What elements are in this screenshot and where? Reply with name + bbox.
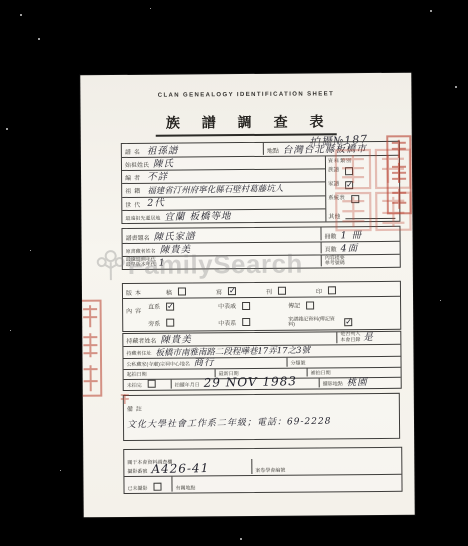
handwritten-value: 不詳 [147, 172, 168, 182]
volume-cell: 冊數 1 冊 [320, 227, 397, 241]
field-label: 公私藏家(寺廟)宗祠中心地名 [127, 362, 190, 368]
record-category-subbox: 資料類別 族譜 家譜 ✓ 系統表 其他 [325, 156, 400, 222]
handwritten-value: 福建省汀州府寧化縣石壁村葛藤坑人 [147, 185, 283, 196]
form-row-filming: 未拍完 拍攝年月日 29 NOV 1983 攝影地點 桃園 [124, 377, 401, 390]
field-label: 已未攝影 [128, 487, 148, 492]
handwritten-value: 1 冊 [340, 230, 362, 240]
place-cell: 地點 台灣台北縣板橋市 [263, 142, 397, 155]
photographed-genealogy-form-page: { "header": { "title_en": "CLAN GENEALOG… [0, 0, 468, 546]
format-content-box: 版本 稿 寫 ✓ 刊 印 內容 直系 [122, 281, 401, 332]
handwritten-value: 是 [363, 333, 374, 343]
field-label: 原書藏者姓名 [126, 249, 156, 254]
field-label: 內容 [126, 309, 144, 332]
dust-speck [455, 86, 457, 88]
content-option: 家譜雜記資料(傳記資料) ✓ [288, 316, 380, 327]
field-label: 最早版本年代 [126, 262, 156, 267]
field-label: 持藏者姓名 [126, 338, 156, 345]
field-label: 譜名 [125, 150, 143, 156]
content-row: 直系 ✓ 中表戚 傳記 [148, 297, 400, 315]
handwritten-value: 祖孫譜 [147, 146, 179, 156]
scanned-genealogy-sheet: CLAN GENEALOGY IDENTIFICATION SHEET 族 譜 … [80, 73, 414, 518]
sheet-title-english: CLAN GENEALOGY IDENTIFICATION SHEET [80, 91, 411, 100]
incomplete-cell: 未拍完 [127, 380, 171, 389]
option-label: 印 [316, 289, 322, 295]
content-option: 中表戚 [218, 301, 288, 311]
field-label: 備註 [127, 407, 145, 413]
checkbox [345, 167, 353, 175]
content-row: 旁系 中表系 家譜雜記資料(傳記資料) ✓ [148, 313, 400, 331]
category-option: 族譜 [328, 164, 397, 179]
form-title-text: 族 譜 調 查 表 [156, 111, 337, 136]
form-row-migration: 最遠祖先遷居地 宜蘭 板橋等地 [122, 208, 325, 223]
field-label: 最遠祖先遷居地 [125, 216, 160, 222]
option-label: 直系 [148, 305, 160, 311]
handwritten-value: 4面 [341, 244, 359, 254]
field-label: 攝影地點 [323, 382, 343, 387]
holder-info-box: 持藏者姓名 陳貴美 是否列入 本會目錄 是 持藏者住址 板橋市南雅南路二段程嘩巷… [122, 331, 401, 391]
handwritten-value: 陳貴美 [160, 335, 192, 345]
checkbox: ✓ [228, 287, 236, 295]
field-label: 未拍完 [127, 384, 142, 389]
handwritten-value: 陳貴美 [160, 245, 192, 255]
content-option: 傳記 [288, 301, 358, 311]
content-option: 中表系 [218, 318, 288, 328]
format-option: 刊 [266, 287, 288, 296]
genealogy-identity-box: 譜名 祖孫譜 地點 台灣台北縣板橋市 始祖姓氏 陳氏 編者 不詳 祖籍 福建省汀… [121, 141, 401, 224]
checkbox: ✓ [344, 318, 352, 326]
checkbox: ✓ [166, 302, 174, 310]
checkbox [153, 483, 161, 491]
checkbox [148, 380, 156, 388]
stacked-labels: 內容提要 參考號碼 [325, 256, 345, 267]
checkbox [242, 318, 250, 326]
checkbox [351, 195, 359, 203]
option-label: 刊 [266, 290, 272, 296]
checkbox [166, 319, 174, 327]
dust-speck [6, 128, 8, 130]
identity-fields: 始祖姓氏 陳氏 編者 不詳 祖籍 福建省汀州府寧化縣石壁村葛藤坑人 世代 2代 … [122, 156, 326, 223]
format-option: 寫 ✓ [216, 287, 238, 296]
handwritten-value: 桃園 [347, 377, 368, 387]
field-label: 冊數 [325, 234, 337, 240]
category-other: 其他 [328, 206, 397, 221]
checkbox [328, 286, 336, 294]
handwritten-value: 板橋市南雅南路二段程嘩巷17弄17之3號 [155, 346, 310, 357]
reference-cell: 內容提要 參考號碼 [321, 255, 398, 267]
form-row-era: 最遠追溯年代 最早版本年代 1 內容提要 參考號碼 [123, 254, 400, 269]
option-label: 稿 [166, 290, 172, 296]
format-option: 印 [316, 286, 338, 295]
format-option: 稿 [166, 287, 188, 296]
option-label: 傳記 [288, 304, 300, 310]
office-use-box: 關于本會資料調查欄 攝影番號 A426-41 案卷學會編號 已未攝影 有關地點 [123, 447, 402, 494]
form-row-title: 譜名 祖孫譜 地點 台灣台北縣板橋市 [122, 142, 399, 157]
content-rows: 內容 直系 ✓ 中表戚 傳記 [123, 296, 400, 332]
handwritten-value: 商行 [194, 358, 215, 368]
form-row-status: 已未攝影 有關地點 [124, 474, 401, 493]
checkbox [242, 302, 250, 310]
handwritten-value: A426-41 [151, 462, 209, 475]
stacked-labels: 是否列入 本會目錄 [340, 332, 360, 343]
form-row-owner: 原書藏者姓名 陳貴美 頁數 4面 [123, 241, 400, 256]
option-label: 家譜 [328, 182, 339, 188]
dust-speck [10, 330, 11, 331]
handwritten-value: 陳氏 [153, 159, 174, 169]
dust-speck [38, 38, 40, 40]
date-cell: 補拍日期 [307, 368, 399, 377]
content-option: 旁系 [148, 318, 218, 328]
date-cell: 起拍日期 [127, 369, 215, 378]
field-label: 起拍日期 [127, 373, 147, 378]
handwritten-value: 1 [159, 258, 166, 268]
book-details-box: 譜書題名 陳氏家譜 冊數 1 冊 原書藏者姓名 陳貴美 頁數 4面 最遠追溯年代… [121, 226, 400, 270]
field-label: 有關地點 [176, 486, 196, 491]
dust-speck [30, 250, 31, 251]
dust-speck [440, 300, 441, 301]
handwritten-value: 台灣台北縣板橋市 [283, 144, 367, 155]
handwritten-value: 29 NOV 1983 [204, 375, 297, 389]
dust-speck [430, 10, 432, 12]
content-option: 直系 ✓ [148, 302, 218, 312]
checkbox [178, 287, 186, 295]
class-cell: 分類號 [286, 357, 398, 367]
option-label: 中表戚 [218, 305, 236, 311]
dust-speck [60, 470, 61, 471]
field-label: 補拍日期 [311, 371, 331, 376]
field-label: 攝影番號 [127, 470, 147, 475]
field-label: 案卷學會編號 [255, 468, 285, 473]
handwritten-value: 2代 [147, 199, 165, 209]
field-label: 本會目錄 [340, 338, 360, 343]
remarks-box: 備註 文化大學社會工作系二年級；電話：69-2228 [123, 393, 400, 441]
checkbox: ✓ [345, 181, 353, 189]
field-label: 祖籍 [125, 189, 143, 195]
field-label: 持藏者住址 [126, 352, 151, 357]
field-label: 譜書題名 [126, 235, 150, 241]
dust-speck [150, 8, 151, 9]
field-label: 拍攝年月日 [175, 383, 200, 388]
field-label: 世代 [125, 202, 143, 208]
area-cell: 有關地點 [171, 475, 399, 492]
stacked-labels: 最遠追溯年代 最早版本年代 [126, 257, 156, 268]
handwritten-value: 宜蘭 板橋等地 [164, 211, 231, 222]
option-label: 旁系 [148, 322, 160, 328]
handwritten-value: 陳氏家譜 [153, 232, 195, 242]
field-label: 始祖姓氏 [125, 163, 149, 169]
red-seal-stamp-left-edge [80, 299, 103, 397]
option-label: 中表系 [218, 321, 236, 327]
pages-cell: 頁數 4面 [321, 242, 398, 254]
option-label: 族譜 [328, 168, 339, 174]
field-label: 參考號碼 [325, 261, 345, 266]
field-label: 地點 [267, 148, 279, 154]
handwritten-value: 文化大學社會工作系二年級；電話：69-2228 [127, 416, 396, 430]
film-place-cell: 攝影地點 桃園 [319, 378, 399, 388]
option-label: 寫 [216, 290, 222, 296]
listed-cell: 是否列入 本會目錄 是 [336, 332, 398, 343]
content-grid: 直系 ✓ 中表戚 傳記 旁系 [148, 297, 400, 332]
film-date-cell: 拍攝年月日 29 NOV 1983 [171, 378, 319, 388]
roll-number-cell: 案卷學會編號 [251, 458, 399, 474]
identity-body: 始祖姓氏 陳氏 編者 不詳 祖籍 福建省汀州府寧化縣石壁村葛藤坑人 世代 2代 … [122, 155, 400, 223]
field-label: 分類號 [291, 361, 306, 366]
dust-speck [20, 14, 22, 16]
dust-speck [240, 538, 242, 540]
checkbox [278, 287, 286, 295]
form-row-book-title: 譜書題名 陳氏家譜 冊數 1 冊 [122, 227, 399, 243]
field-label: 頁數 [325, 247, 337, 253]
option-label: 其他 [328, 214, 340, 220]
category-option: 系統表 [328, 192, 397, 207]
field-label: 編者 [125, 176, 143, 182]
category-option: 家譜 ✓ [328, 178, 397, 193]
option-label: 家譜雜記資料(傳記資料) [288, 317, 338, 328]
field-label: 版本 [126, 291, 144, 297]
checkbox [306, 301, 314, 309]
option-label: 系統表 [328, 196, 345, 202]
blank-line [345, 212, 395, 219]
